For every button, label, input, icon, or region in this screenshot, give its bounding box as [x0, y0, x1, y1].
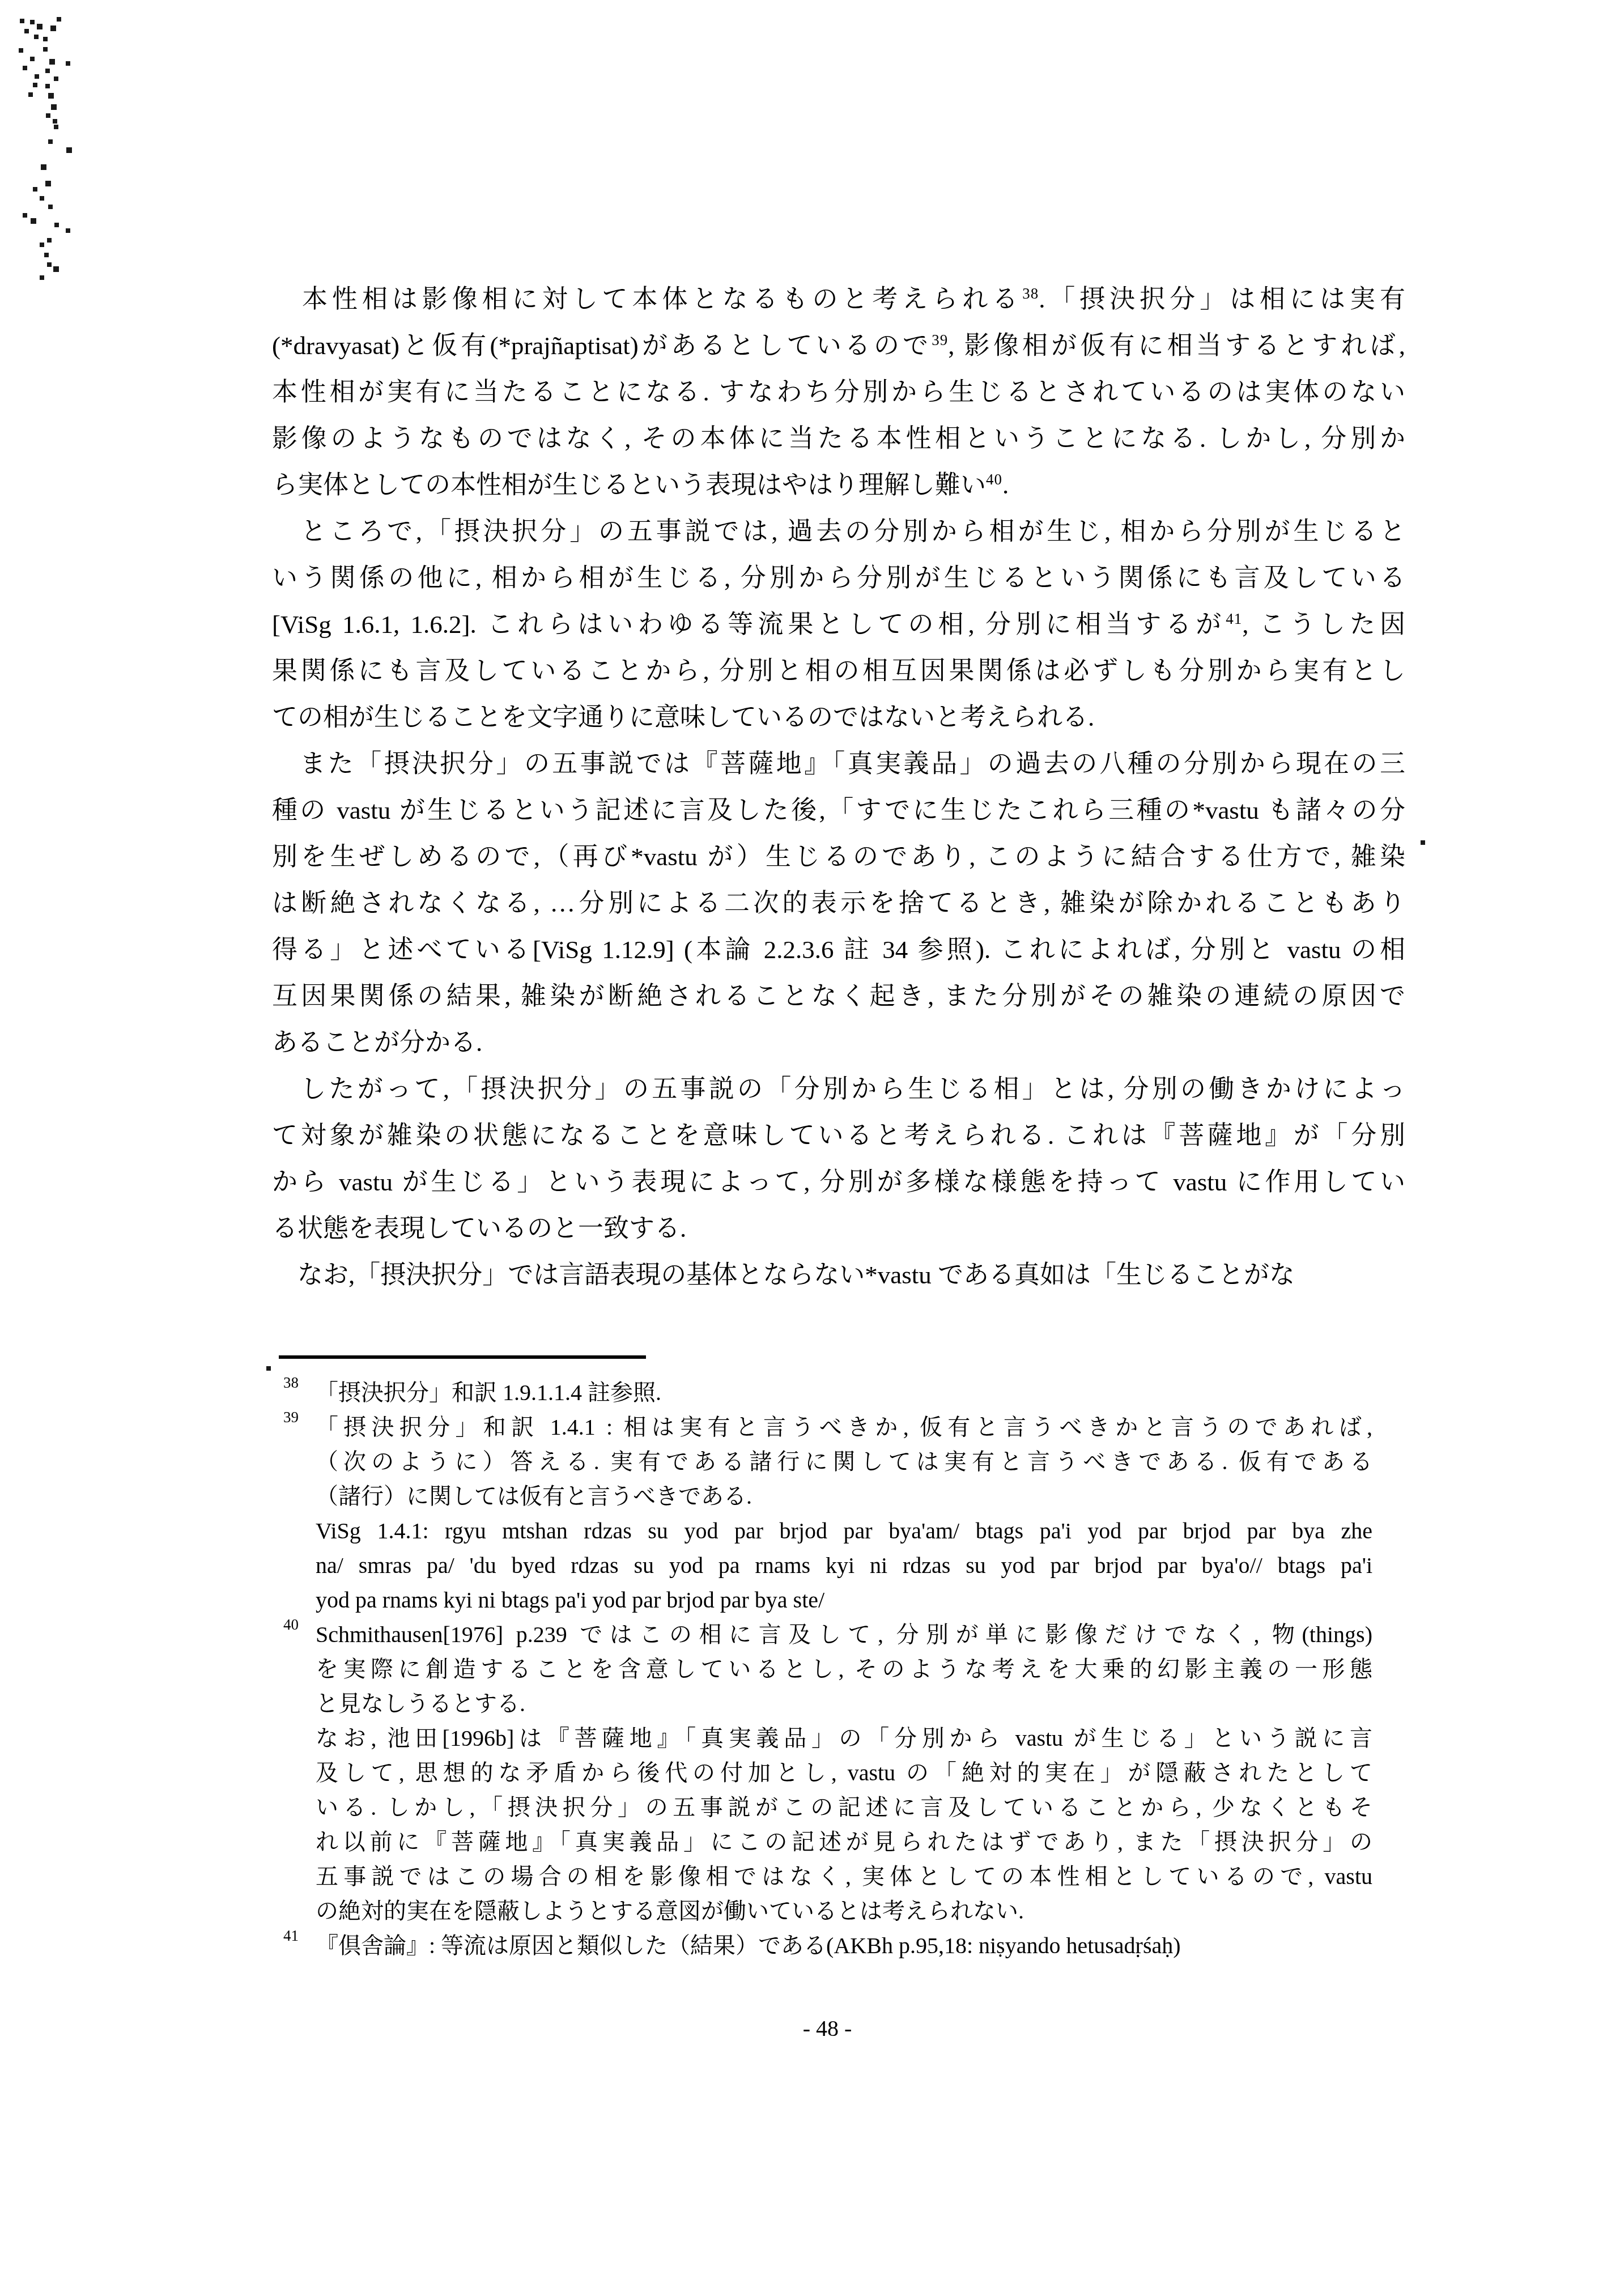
text-run: 互因果関係の結果, 雑染が断絶されることなく起き, また分別がその雑染の連続の原… — [272, 982, 1405, 1010]
text-run: 得る」と述べている[ViSg 1.12.9] (本論 2.2.3.6 註 34 … — [272, 936, 1405, 964]
text-run: て対象が雑染の状態になることを意味していると考えられる. これは『菩薩地』が「分… — [272, 1121, 1405, 1150]
text-run: から vastu が生じる」という表現によって, 分別が多様な様態を持って va… — [272, 1168, 1405, 1196]
text-run: また「摂決択分」の五事説では『菩薩地』「真実義品」の過去の八種の分別から現在の三 — [272, 750, 1405, 778]
text-line: る状態を表現しているのと一致する. — [272, 1205, 1405, 1252]
footnote: 40Schmithausen[1976] p.239 ではこの相に言及して, 分… — [283, 1617, 1394, 1928]
text-run: . — [1002, 471, 1009, 499]
footnote-text: 『倶舎論』: 等流は原因と類似した（結果）である(AKBh p.95,18: n… — [316, 1928, 1394, 1963]
text-line: 互因果関係の結果, 雑染が断絶されることなく起き, また分別がその雑染の連続の原… — [272, 973, 1405, 1019]
footnote-line: 「摂決択分」和訳 1.9.1.1.4 註参照. — [316, 1375, 1372, 1410]
footnote-line: れ以前に『菩薩地』「真実義品」にこの記述が見られたはずであり, また「摂決択分」… — [316, 1825, 1372, 1859]
footnote: 41『倶舎論』: 等流は原因と類似した（結果）である(AKBh p.95,18:… — [283, 1928, 1394, 1963]
footnote-text: Schmithausen[1976] p.239 ではこの相に言及して, 分別が… — [316, 1617, 1394, 1928]
footnote-text: 「摂決択分」和訳 1.4.1 : 相は実有と言うべきか, 仮有と言うべきかと言う… — [316, 1410, 1394, 1617]
footnote-ref: 38 — [1022, 285, 1039, 302]
footnote-line: いる. しかし,「摂決択分」の五事説がこの記述に言及していることから, 少なくと… — [316, 1790, 1372, 1825]
text-run: 本性相は影像相に対して本体となるものと考えられる — [272, 285, 1022, 313]
text-run: る状態を表現しているのと一致する. — [272, 1214, 686, 1243]
text-line: ら実体としての本性相が生じるという表現はやはり理解し難い40. — [272, 462, 1405, 508]
footnote-line: （次のように）答える. 実有である諸行に関しては実有と言うべきである. 仮有であ… — [316, 1444, 1372, 1479]
text-line: あることが分かる. — [272, 1019, 1405, 1066]
text-line: 別を生ぜしめるので,（再び*vastu が）生じるのであり, このように結合する… — [272, 834, 1405, 880]
document-page: 本性相は影像相に対して本体となるものと考えられる38.「摂決択分」は相には実有(… — [0, 0, 1624, 2296]
text-run: 本性相が実有に当たることになる. すなわち分別から生じるとされているのは実体のな… — [272, 378, 1405, 406]
text-run: ら実体としての本性相が生じるという表現はやはり理解し難い — [272, 471, 986, 499]
text-run: ての相が生じることを文字通りに意味しているのではないと考えられる. — [272, 703, 1094, 732]
footnote-line: 「摂決択分」和訳 1.4.1 : 相は実有と言うべきか, 仮有と言うべきかと言う… — [316, 1410, 1372, 1444]
text-line: (*dravyasat)と仮有(*prajñaptisat)があるとしているので… — [272, 322, 1405, 369]
footnote-line: なお, 池田[1996b]は『菩薩地』「真実義品」の「分別から vastu が生… — [316, 1721, 1372, 1755]
footnote-line: （諸行）に関しては仮有と言うべきである. — [316, 1479, 1372, 1513]
text-run: , 影像相が仮有に相当するとすれば, — [948, 331, 1405, 360]
text-line: ての相が生じることを文字通りに意味しているのではないと考えられる. — [272, 694, 1405, 741]
text-line: 果関係にも言及していることから, 分別と相の相互因果関係は必ずしも分別から実有と… — [272, 648, 1405, 694]
text-run: .「摂決択分」は相には実有 — [1039, 285, 1405, 313]
text-run: 種の vastu が生じるという記述に言及した後,「すでに生じたこれら三種の*v… — [272, 796, 1405, 824]
text-run: , こうした因 — [1242, 610, 1405, 639]
text-line: いう関係の他に, 相から相が生じる, 分別から分別が生じるという関係にも言及して… — [272, 555, 1405, 601]
footnote-number: 40 — [283, 1616, 299, 1634]
text-run: あることが分かる. — [272, 1028, 482, 1057]
text-line: なお,「摂決択分」では言語表現の基体とならない*vastu である真如は「生じる… — [272, 1252, 1405, 1298]
text-line: また「摂決択分」の五事説では『菩薩地』「真実義品」の過去の八種の分別から現在の三 — [272, 741, 1405, 787]
footnote-number: 41 — [283, 1927, 299, 1945]
text-run: [ViSg 1.6.1, 1.6.2]. これらはいわゆる等流果としての相, 分… — [272, 610, 1226, 639]
text-run: ところで,「摂決択分」の五事説では, 過去の分別から相が生じ, 相から分別が生じ… — [272, 517, 1405, 546]
footnote-line: 五事説ではこの場合の相を影像相ではなく, 実体としての本性相としているので, v… — [316, 1859, 1372, 1894]
text-line: 本性相は影像相に対して本体となるものと考えられる38.「摂決択分」は相には実有 — [272, 276, 1405, 322]
text-run: 果関係にも言及していることから, 分別と相の相互因果関係は必ずしも分別から実有と… — [272, 657, 1405, 685]
text-line: から vastu が生じる」という表現によって, 分別が多様な様態を持って va… — [272, 1159, 1405, 1205]
footnote: 39「摂決択分」和訳 1.4.1 : 相は実有と言うべきか, 仮有と言うべきかと… — [283, 1410, 1394, 1617]
footnote-line: と見なしうるとする. — [316, 1686, 1372, 1721]
footnote-line: の絶対的実在を隠蔽しようとする意図が働いているとは考えられない. — [316, 1894, 1372, 1928]
text-line: 影像のようなものではなく, その本体に当たる本性相ということになる. しかし, … — [272, 415, 1405, 462]
footnote-line: Schmithausen[1976] p.239 ではこの相に言及して, 分別が… — [316, 1617, 1372, 1652]
footnote-line: を実際に創造することを含意しているとし, そのような考えを大乗的幻影主義の一形態 — [316, 1652, 1372, 1686]
footnote-line: 及して, 思想的な矛盾から後代の付加とし, vastu の「絶対的実在」が隠蔽さ… — [316, 1755, 1372, 1790]
text-line: 本性相が実有に当たることになる. すなわち分別から生じるとされているのは実体のな… — [272, 369, 1405, 415]
text-line: したがって,「摂決択分」の五事説の「分別から生じる相」とは, 分別の働きかけによ… — [272, 1066, 1405, 1112]
page-number: - 48 - — [272, 2015, 1383, 2042]
footnote-text: 「摂決択分」和訳 1.9.1.1.4 註参照. — [316, 1375, 1394, 1410]
text-line: 得る」と述べている[ViSg 1.12.9] (本論 2.2.3.6 註 34 … — [272, 926, 1405, 973]
text-run: 別を生ぜしめるので,（再び*vastu が）生じるのであり, このように結合する… — [272, 843, 1405, 871]
footnote-line: 『倶舎論』: 等流は原因と類似した（結果）である(AKBh p.95,18: n… — [316, 1928, 1372, 1963]
footnote-ref: 40 — [986, 471, 1002, 488]
text-run: (*dravyasat)と仮有(*prajñaptisat)があるとしているので — [272, 331, 932, 360]
footnotes: 38「摂決択分」和訳 1.9.1.1.4 註参照.39「摂決択分」和訳 1.4.… — [283, 1375, 1394, 1963]
text-line: て対象が雑染の状態になることを意味していると考えられる. これは『菩薩地』が「分… — [272, 1112, 1405, 1159]
scan-noise — [0, 0, 2, 2]
footnote-number: 39 — [283, 1409, 299, 1426]
footnote-line: na/ smras pa/ 'du byed rdzas su yod pa r… — [316, 1548, 1372, 1583]
footnote-ref: 39 — [932, 331, 948, 348]
text-run: なお,「摂決択分」では言語表現の基体とならない*vastu である真如は「生じる… — [272, 1261, 1295, 1289]
footnote-ref: 41 — [1226, 610, 1242, 627]
text-line: は断絶されなくなる, …分別による二次的表示を捨てるとき, 雑染が除かれることも… — [272, 880, 1405, 926]
text-run: したがって,「摂決択分」の五事説の「分別から生じる相」とは, 分別の働きかけによ… — [272, 1075, 1405, 1103]
footnote: 38「摂決択分」和訳 1.9.1.1.4 註参照. — [283, 1375, 1394, 1410]
text-line: ところで,「摂決択分」の五事説では, 過去の分別から相が生じ, 相から分別が生じ… — [272, 508, 1405, 555]
text-run: 影像のようなものではなく, その本体に当たる本性相ということになる. しかし, … — [272, 424, 1405, 453]
footnote-number: 38 — [283, 1374, 299, 1392]
footnote-separator — [279, 1355, 646, 1359]
text-run: いう関係の他に, 相から相が生じる, 分別から分別が生じるという関係にも言及して… — [272, 564, 1405, 592]
footnote-line: yod pa rnams kyi ni btags pa'i yod par b… — [316, 1583, 1372, 1617]
text-run: は断絶されなくなる, …分別による二次的表示を捨てるとき, 雑染が除かれることも… — [272, 889, 1405, 917]
text-line: [ViSg 1.6.1, 1.6.2]. これらはいわゆる等流果としての相, 分… — [272, 601, 1405, 648]
body-text: 本性相は影像相に対して本体となるものと考えられる38.「摂決択分」は相には実有(… — [272, 276, 1405, 1298]
text-line: 種の vastu が生じるという記述に言及した後,「すでに生じたこれら三種の*v… — [272, 787, 1405, 834]
footnote-line: ViSg 1.4.1: rgyu mtshan rdzas su yod par… — [316, 1513, 1372, 1548]
